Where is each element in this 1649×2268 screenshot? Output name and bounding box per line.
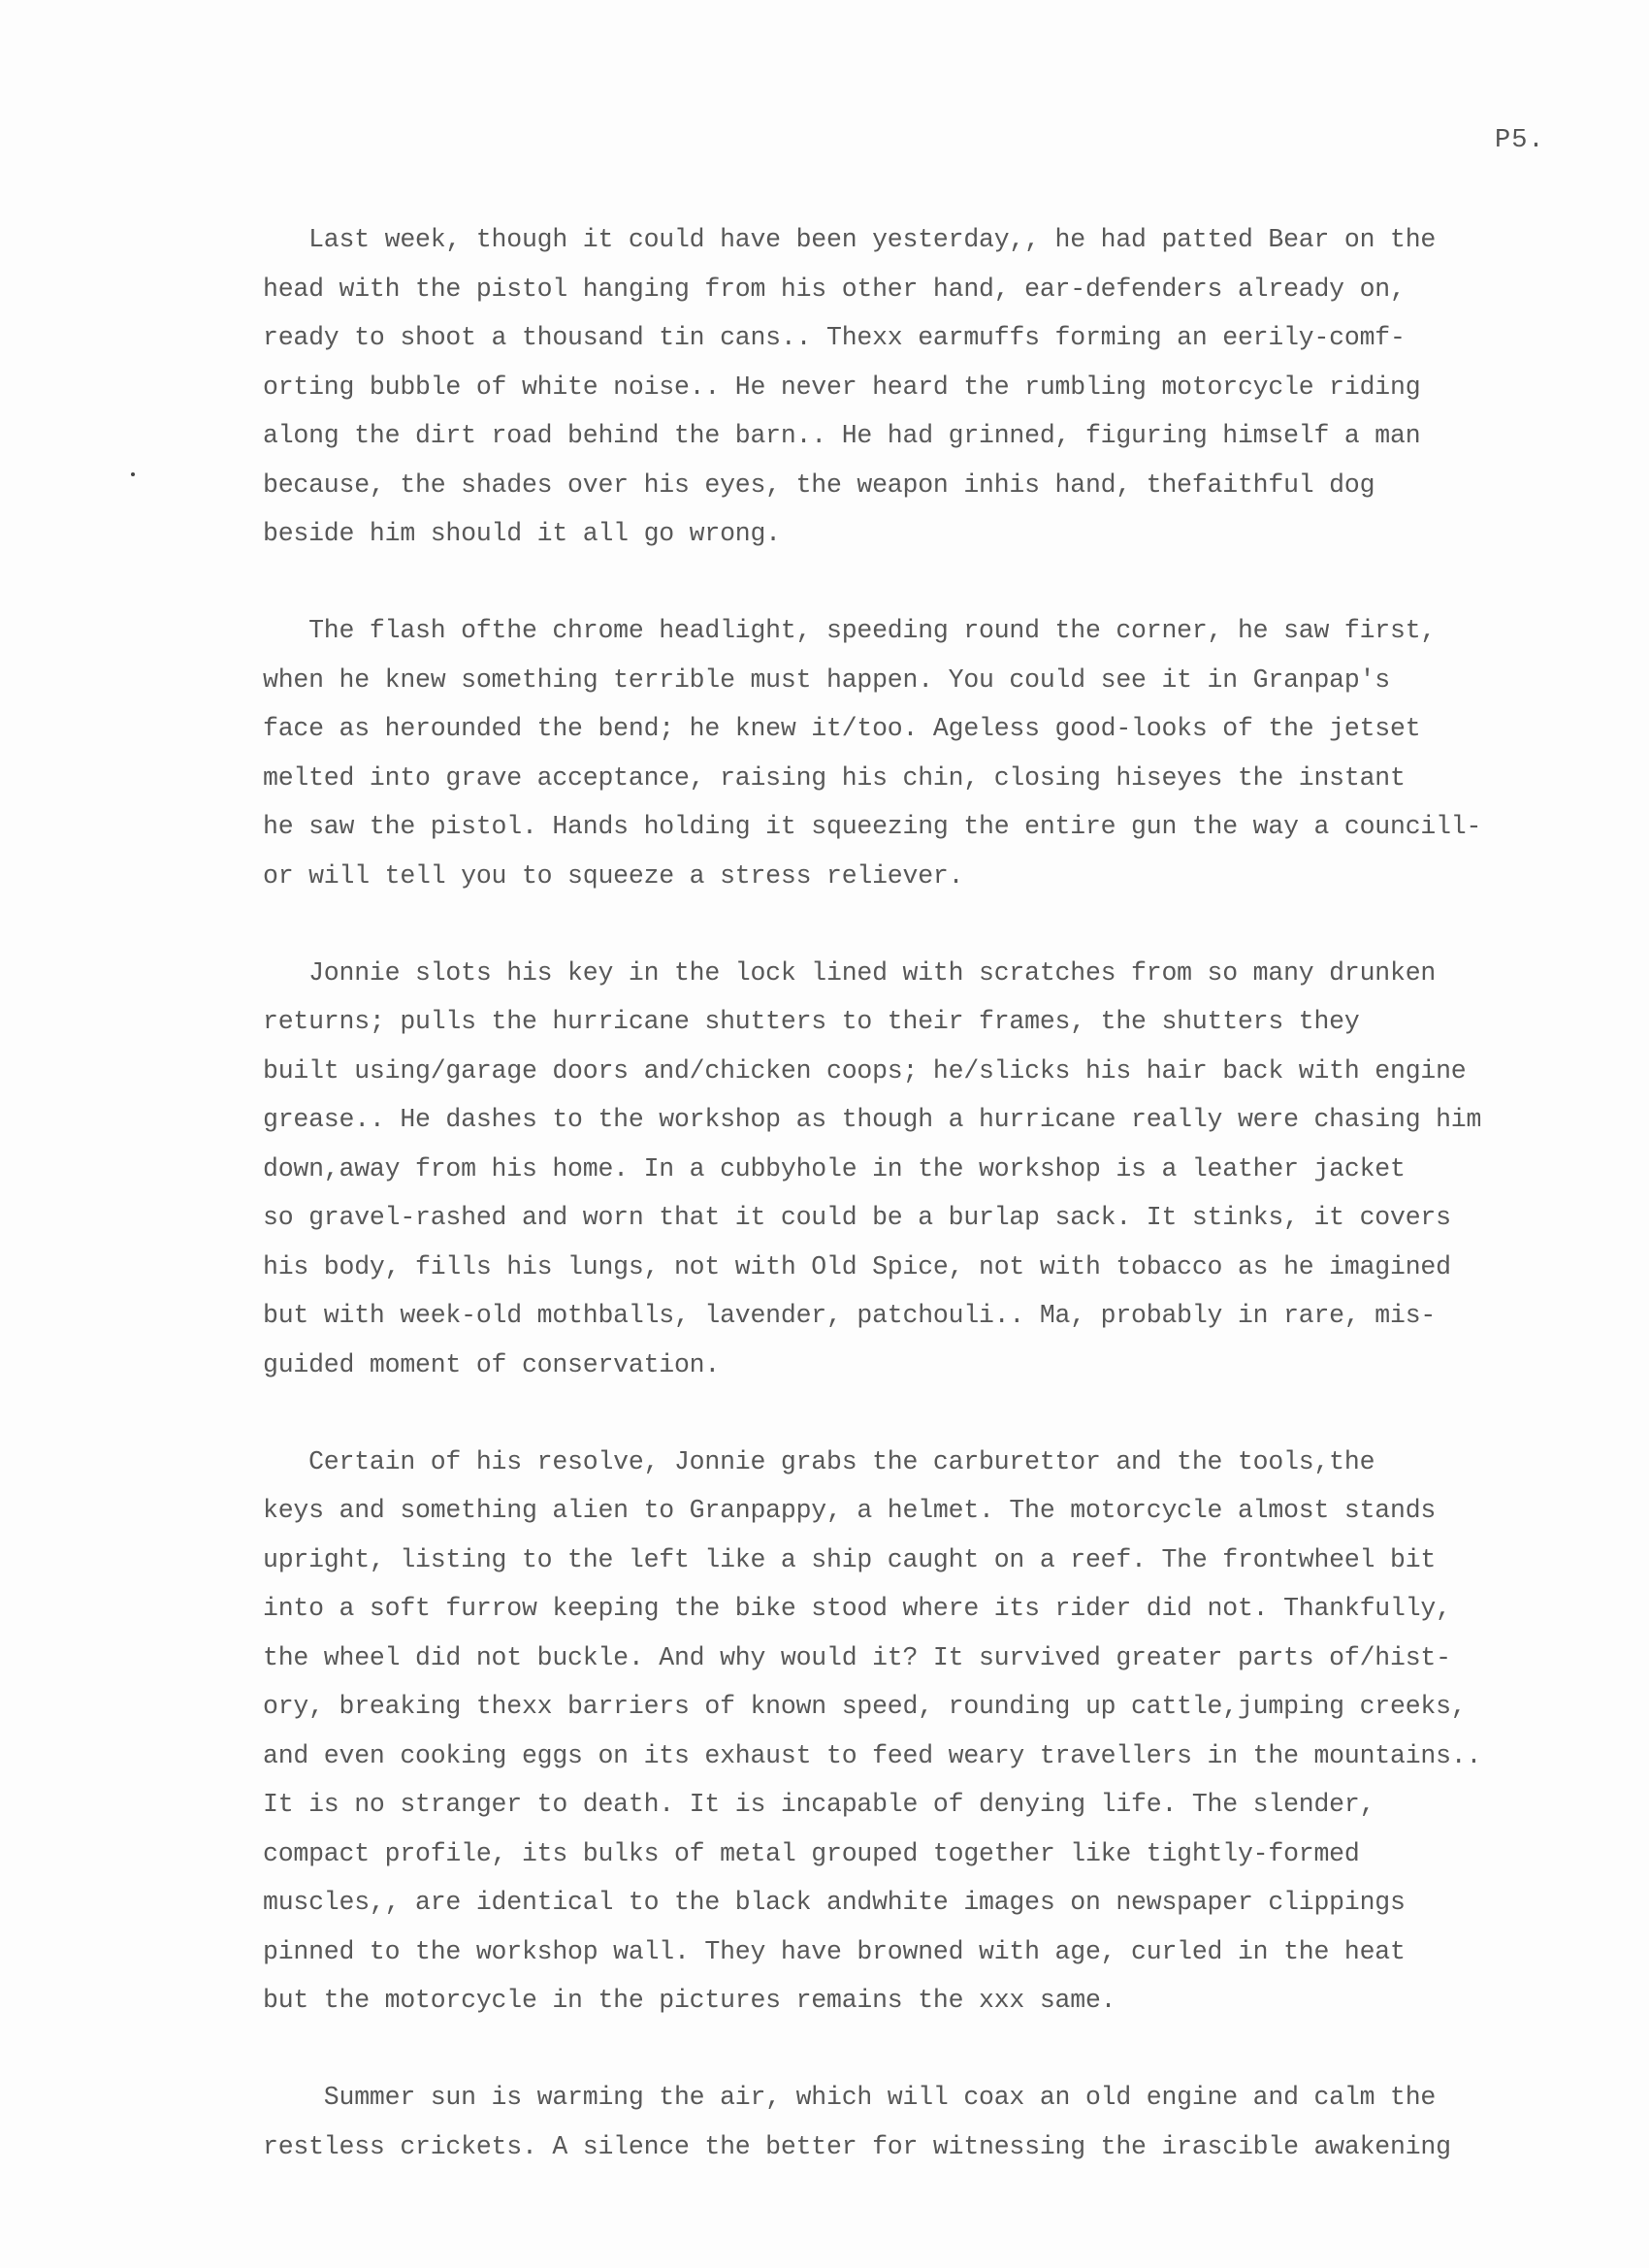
text-line: The flash ofthe chrome headlight, speedi…	[263, 606, 1649, 656]
paragraph-5: Summer sun is warming the air, which wil…	[263, 2073, 1649, 2171]
paragraph-2: The flash ofthe chrome headlight, speedi…	[263, 606, 1649, 900]
text-line: It is no stranger to death. It is incapa…	[263, 1780, 1649, 1830]
text-line: because, the shades over his eyes, the w…	[263, 461, 1649, 510]
text-line: compact profile, its bulks of metal grou…	[263, 1830, 1649, 1879]
text-line: upright, listing to the left like a ship…	[263, 1536, 1649, 1585]
text-line: guided moment of conservation.	[263, 1341, 1649, 1390]
text-line: grease.. He dashes to the workshop as th…	[263, 1095, 1649, 1145]
text-line: he saw the pistol. Hands holding it sque…	[263, 802, 1649, 852]
text-line: down,away from his home. In a cubbyhole …	[263, 1145, 1649, 1194]
text-line: but with week-old mothballs, lavender, p…	[263, 1291, 1649, 1341]
page-number: P5.	[1495, 126, 1545, 155]
text-line: Certain of his resolve, Jonnie grabs the…	[263, 1438, 1649, 1487]
text-line: returns; pulls the hurricane shutters to…	[263, 997, 1649, 1047]
text-line: orting bubble of white noise.. He never …	[263, 363, 1649, 412]
text-line: so gravel-rashed and worn that it could …	[263, 1193, 1649, 1243]
typed-manuscript-body: Last week, though it could have been yes…	[263, 215, 1649, 2219]
text-line: along the dirt road behind the barn.. He…	[263, 411, 1649, 461]
text-line: the wheel did not buckle. And why would …	[263, 1634, 1649, 1683]
text-line: keys and something alien to Granpappy, a…	[263, 1486, 1649, 1536]
text-line: Summer sun is warming the air, which wil…	[263, 2073, 1649, 2122]
text-line: and even cooking eggs on its exhaust to …	[263, 1732, 1649, 1781]
text-line: into a soft furrow keeping the bike stoo…	[263, 1584, 1649, 1634]
text-line: pinned to the workshop wall. They have b…	[263, 1928, 1649, 1977]
paragraph-1: Last week, though it could have been yes…	[263, 215, 1649, 559]
text-line: muscles,, are identical to the black and…	[263, 1878, 1649, 1928]
text-line: but the motorcycle in the pictures remai…	[263, 1976, 1649, 2025]
text-line: built using/garage doors and/chicken coo…	[263, 1047, 1649, 1096]
text-line: ory, breaking thexx barriers of known sp…	[263, 1682, 1649, 1732]
text-line: when he knew something terrible must hap…	[263, 656, 1649, 705]
paragraph-3: Jonnie slots his key in the lock lined w…	[263, 949, 1649, 1390]
text-line: or will tell you to squeeze a stress rel…	[263, 852, 1649, 901]
paragraph-4: Certain of his resolve, Jonnie grabs the…	[263, 1438, 1649, 2025]
text-line: face as herounded the bend; he knew it/t…	[263, 704, 1649, 754]
text-line: Last week, though it could have been yes…	[263, 215, 1649, 265]
stray-ink-mark	[131, 472, 135, 476]
text-line: his body, fills his lungs, not with Old …	[263, 1243, 1649, 1292]
text-line: head with the pistol hanging from his ot…	[263, 265, 1649, 314]
text-line: Jonnie slots his key in the lock lined w…	[263, 949, 1649, 998]
text-line: beside him should it all go wrong.	[263, 509, 1649, 559]
text-line: ready to shoot a thousand tin cans.. The…	[263, 313, 1649, 363]
text-line: melted into grave acceptance, raising hi…	[263, 754, 1649, 803]
text-line: restless crickets. A silence the better …	[263, 2122, 1649, 2172]
